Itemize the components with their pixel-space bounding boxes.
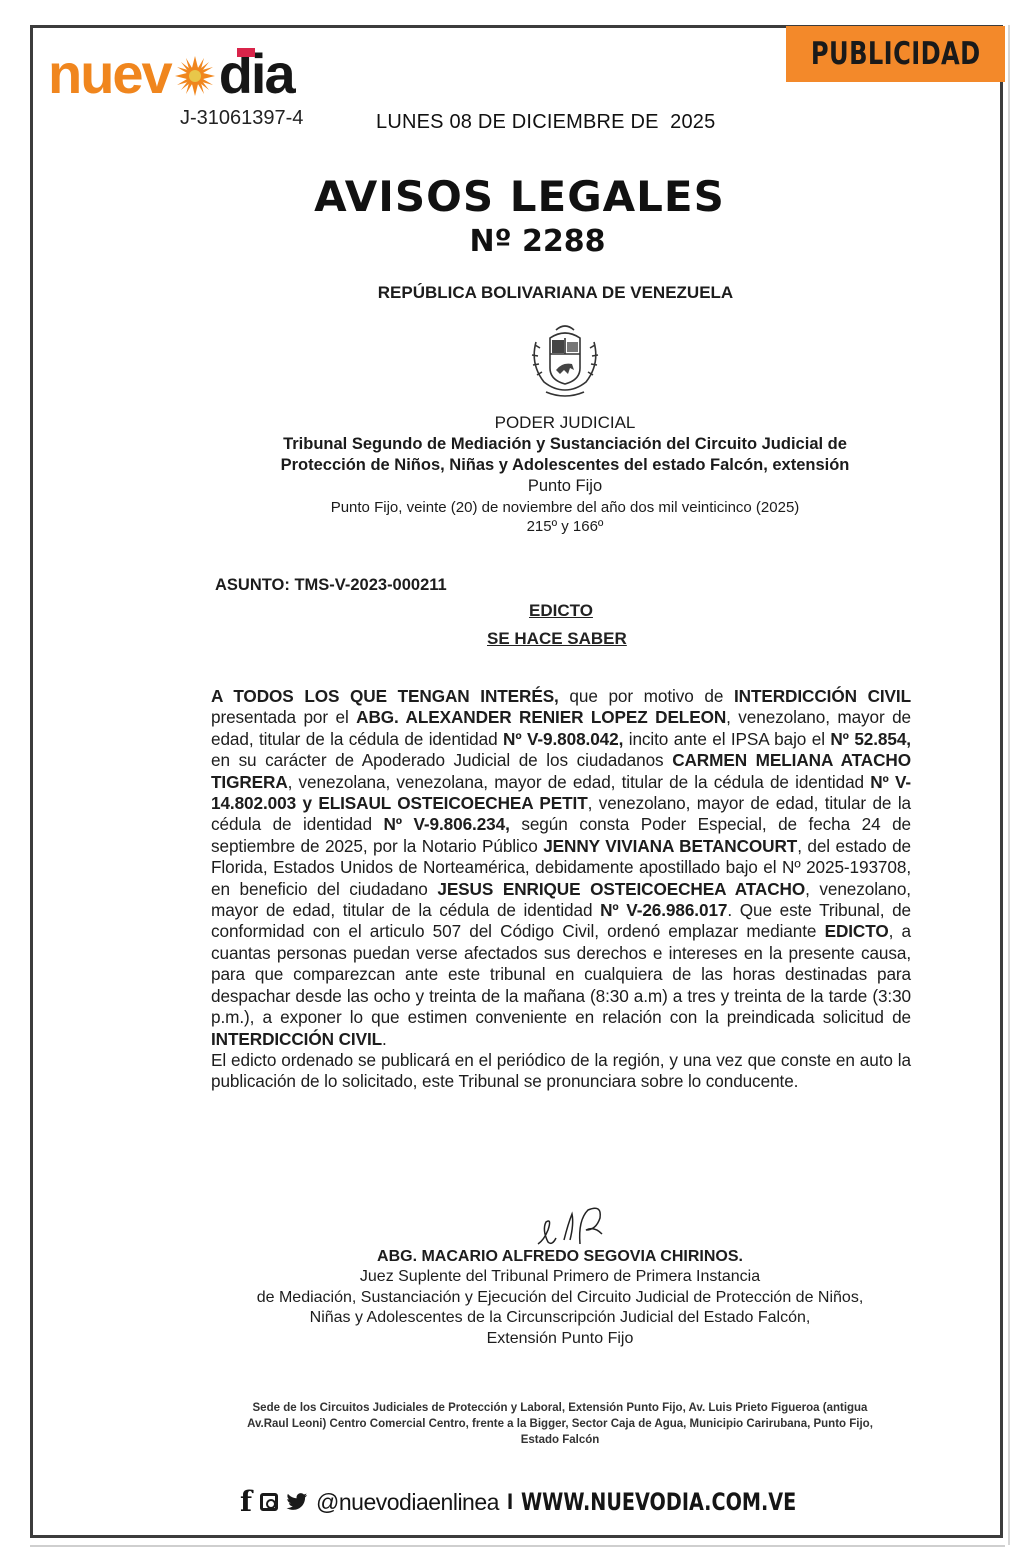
place-date: Punto Fijo, veinte (20) de noviembre del… [230, 498, 900, 536]
signer-block: ABG. MACARIO ALFREDO SEGOVIA CHIRINOS. J… [220, 1247, 900, 1349]
instagram-icon[interactable] [260, 1493, 278, 1511]
case-subject: ASUNTO: TMS-V-2023-000211 [215, 576, 447, 595]
twitter-icon[interactable] [286, 1492, 308, 1512]
address-line-1: Sede de los Circuitos Judiciales de Prot… [210, 1400, 910, 1416]
edict-paragraph-2: El edicto ordenado se publicará en el pe… [211, 1050, 911, 1093]
signer-name: ABG. MACARIO ALFREDO SEGOVIA CHIRINOS. [220, 1247, 900, 1267]
notice-number: Nº 2288 [24, 224, 1027, 259]
signer-role-4: Extensión Punto Fijo [220, 1329, 900, 1350]
place-date-line: Punto Fijo, veinte (20) de noviembre del… [230, 498, 900, 517]
logo-text-right: dia [219, 46, 294, 102]
body-text: incito ante el IPSA bajo el [623, 729, 830, 749]
body-text: . [382, 1029, 387, 1049]
years-line: 215º y 166º [230, 517, 900, 536]
branch-label: PODER JUDICIAL [230, 413, 900, 433]
footer-social: f @nuevodiaenlinea I WWW.NUEVODIA.COM.VE [240, 1484, 865, 1520]
emphasis-text: EDICTO [825, 921, 889, 941]
edict-heading: EDICTO [529, 601, 593, 621]
emphasis-text: INTERDICCIÓN CIVIL [734, 686, 911, 706]
tribunal-line-2: Protección de Niños, Niñas y Adolescente… [230, 455, 900, 476]
emphasis-text: JESUS ENRIQUE OSTEICOECHEA ATACHO [437, 879, 805, 899]
emphasis-text: INTERDICCIÓN CIVIL [211, 1029, 382, 1049]
page-title: AVISOS LEGALES [6, 172, 1027, 221]
body-text: que por motivo de [559, 686, 734, 706]
body-text: en su carácter de Apoderado Judicial de … [211, 750, 672, 770]
emphasis-text: Nº V-9.808.042, [503, 729, 623, 749]
body-text: presentada por el [211, 707, 356, 727]
country-heading: REPÚBLICA BOLIVARIANA DE VENEZUELA [42, 283, 1027, 303]
logo-text-right-label: dia [219, 42, 294, 105]
facebook-icon[interactable]: f [240, 1488, 252, 1516]
court-address: Sede de los Circuitos Judiciales de Prot… [210, 1400, 910, 1448]
coat-of-arms-icon [526, 320, 604, 400]
footer-separator: I [507, 1489, 513, 1515]
court-header: PODER JUDICIAL [230, 413, 900, 433]
emphasis-text: Nº V-9.806.234, [383, 814, 509, 834]
company-id: J-31061397-4 [180, 107, 303, 130]
emphasis-text: Nº 52.854, [830, 729, 911, 749]
emphasis-text: Nº V-26.986.017 [600, 900, 727, 920]
edict-paragraph-1: A TODOS LOS QUE TENGAN INTERÉS, que por … [211, 686, 911, 1050]
signature-mark [530, 1200, 630, 1250]
address-line-3: Estado Falcón [210, 1432, 910, 1448]
social-handle[interactable]: @nuevodiaenlinea [316, 1489, 499, 1516]
section-badge: PUBLICIDAD [786, 26, 1005, 82]
signer-role-2: de Mediación, Sustanciación y Ejecución … [220, 1288, 900, 1309]
emphasis-text: A TODOS LOS QUE TENGAN INTERÉS, [211, 686, 559, 706]
body-text: , venezolana, venezolana, mayor de edad,… [288, 772, 871, 792]
emphasis-text: ABG. ALEXANDER RENIER LOPEZ DELEON [356, 707, 726, 727]
newspaper-logo: nuev dia [48, 46, 294, 102]
signer-role-1: Juez Suplente del Tribunal Primero de Pr… [220, 1267, 900, 1288]
emphasis-text: JENNY VIVIANA BETANCOURT [543, 836, 797, 856]
publication-date: LUNES 08 DE DICIEMBRE DE 2025 [376, 111, 715, 134]
tribunal-name: Tribunal Segundo de Mediación y Sustanci… [230, 434, 900, 497]
frame-underline [30, 1545, 1005, 1547]
signer-role-3: Niñas y Adolescentes de la Circunscripci… [220, 1308, 900, 1329]
website-link[interactable]: WWW.NUEVODIA.COM.VE [521, 1488, 796, 1516]
tribunal-line-1: Tribunal Segundo de Mediación y Sustanci… [230, 434, 900, 455]
section-badge-label: PUBLICIDAD [811, 36, 981, 72]
sun-icon [173, 54, 217, 98]
tribunal-line-3: Punto Fijo [230, 476, 900, 497]
logo-accent-bar [237, 48, 255, 57]
logo-text-left: nuev [48, 46, 171, 102]
edict-subheading: SE HACE SABER [487, 629, 627, 649]
address-line-2: Av.Raul Leoni) Centro Comercial Centro, … [210, 1416, 910, 1432]
edict-body: A TODOS LOS QUE TENGAN INTERÉS, que por … [211, 686, 911, 1093]
